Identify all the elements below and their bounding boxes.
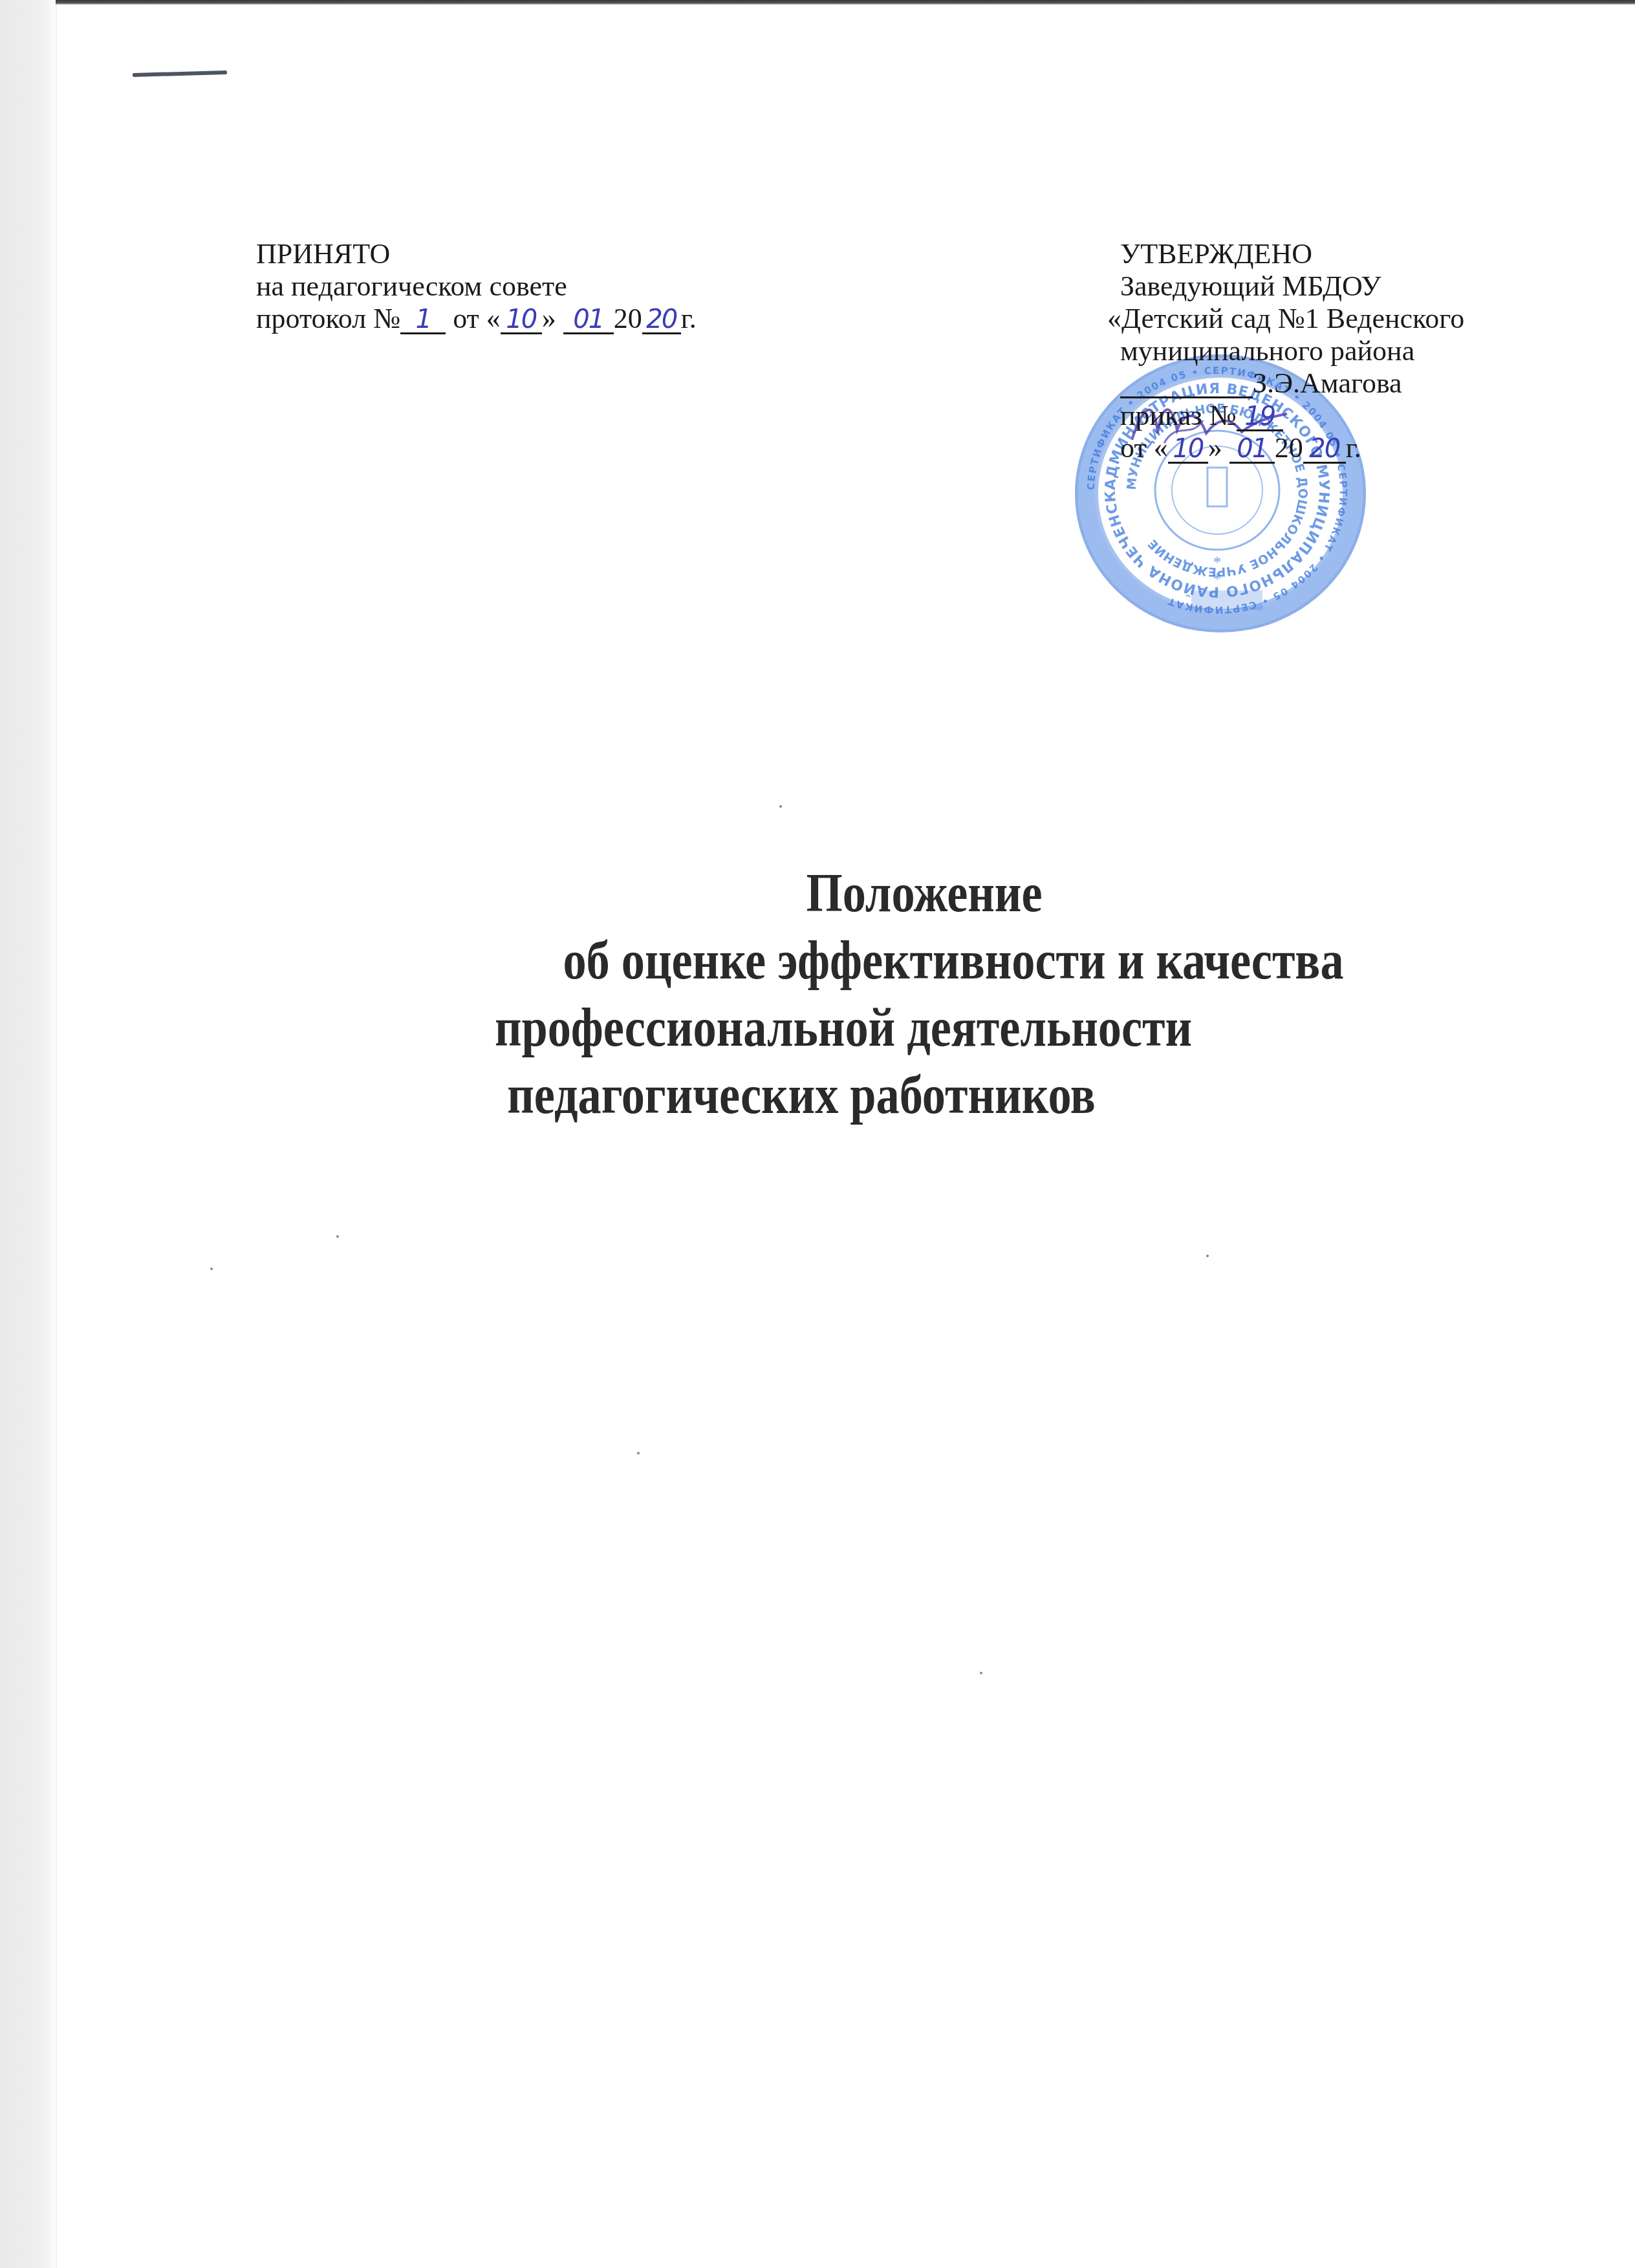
protocol-day: 10 bbox=[506, 305, 536, 334]
approved-day-field: 10 bbox=[1168, 435, 1208, 464]
title-line-1: Положение bbox=[313, 860, 1535, 927]
scan-speck bbox=[210, 1268, 213, 1270]
year-field: 20 bbox=[642, 306, 681, 334]
year-prefix: 20 bbox=[614, 303, 642, 334]
approved-date-prefix: от « bbox=[1120, 432, 1168, 464]
approved-year: 20 bbox=[1309, 434, 1339, 464]
approved-org-line2: муниципального района bbox=[1120, 335, 1464, 367]
accepted-protocol-line: протокол №1 от «10» 012020г. bbox=[256, 303, 697, 335]
day-field: 10 bbox=[501, 306, 542, 334]
document-title: Положение об оценке эффективности и каче… bbox=[0, 860, 1635, 1129]
scan-speck bbox=[980, 1672, 982, 1674]
month-field: 01 bbox=[563, 306, 614, 334]
year-end: г. bbox=[681, 303, 697, 334]
approved-org-line1: «Детский сад №1 Веденского bbox=[1107, 303, 1464, 335]
protocol-month: 01 bbox=[573, 305, 603, 334]
signatory-name: З.Э.Амагова bbox=[1253, 367, 1402, 399]
scan-speck bbox=[637, 1452, 640, 1454]
order-number: 19 bbox=[1244, 402, 1275, 431]
approved-year-prefix: 20 bbox=[1275, 432, 1303, 464]
svg-text:*: * bbox=[1213, 570, 1222, 589]
protocol-prefix: протокол № bbox=[256, 303, 400, 334]
order-number-field: 19 bbox=[1237, 403, 1283, 431]
approved-heading: УТВЕРЖДЕНО bbox=[1120, 238, 1464, 270]
approved-date-line: от «10» 012020г. bbox=[1120, 432, 1464, 464]
approved-position: Заведующий МБДОУ bbox=[1120, 270, 1464, 303]
scan-binding-strip bbox=[0, 0, 57, 2268]
approved-year-end: г. bbox=[1346, 432, 1361, 464]
scan-top-edge bbox=[56, 0, 1635, 5]
svg-text:*: * bbox=[1213, 553, 1222, 572]
scan-speck bbox=[728, 1086, 730, 1089]
scan-speck bbox=[779, 805, 782, 808]
protocol-year: 20 bbox=[646, 305, 677, 334]
scan-mark-dash bbox=[133, 70, 227, 77]
approved-year-field: 20 bbox=[1303, 435, 1346, 464]
title-line-4: педагогических работников bbox=[84, 1062, 1518, 1129]
approved-date-mid: » bbox=[1208, 432, 1222, 464]
title-line-2: об оценке эффективности и качества bbox=[367, 927, 1540, 995]
protocol-number-field: 1 bbox=[400, 306, 446, 334]
approved-month: 01 bbox=[1237, 434, 1267, 464]
title-line-3: профессиональной деятельности bbox=[162, 995, 1524, 1062]
signature-field bbox=[1120, 371, 1253, 398]
order-prefix: приказ № bbox=[1120, 400, 1237, 431]
protocol-number: 1 bbox=[415, 305, 430, 334]
approved-signatory-line: З.Э.Амагова bbox=[1120, 367, 1464, 400]
approved-order-line: приказ №19 bbox=[1120, 400, 1464, 432]
approved-month-field: 01 bbox=[1229, 435, 1275, 464]
scan-speck bbox=[1206, 1255, 1209, 1257]
date-mid: » bbox=[542, 303, 556, 334]
accepted-council: на педагогическом совете bbox=[256, 270, 697, 303]
scan-speck bbox=[336, 1235, 339, 1238]
approved-block: УТВЕРЖДЕНО Заведующий МБДОУ «Детский сад… bbox=[1120, 238, 1464, 464]
accepted-heading: ПРИНЯТО bbox=[256, 238, 697, 270]
accepted-block: ПРИНЯТО на педагогическом совете протоко… bbox=[256, 238, 697, 335]
date-prefix: от « bbox=[453, 303, 501, 334]
approved-day: 10 bbox=[1173, 434, 1203, 464]
